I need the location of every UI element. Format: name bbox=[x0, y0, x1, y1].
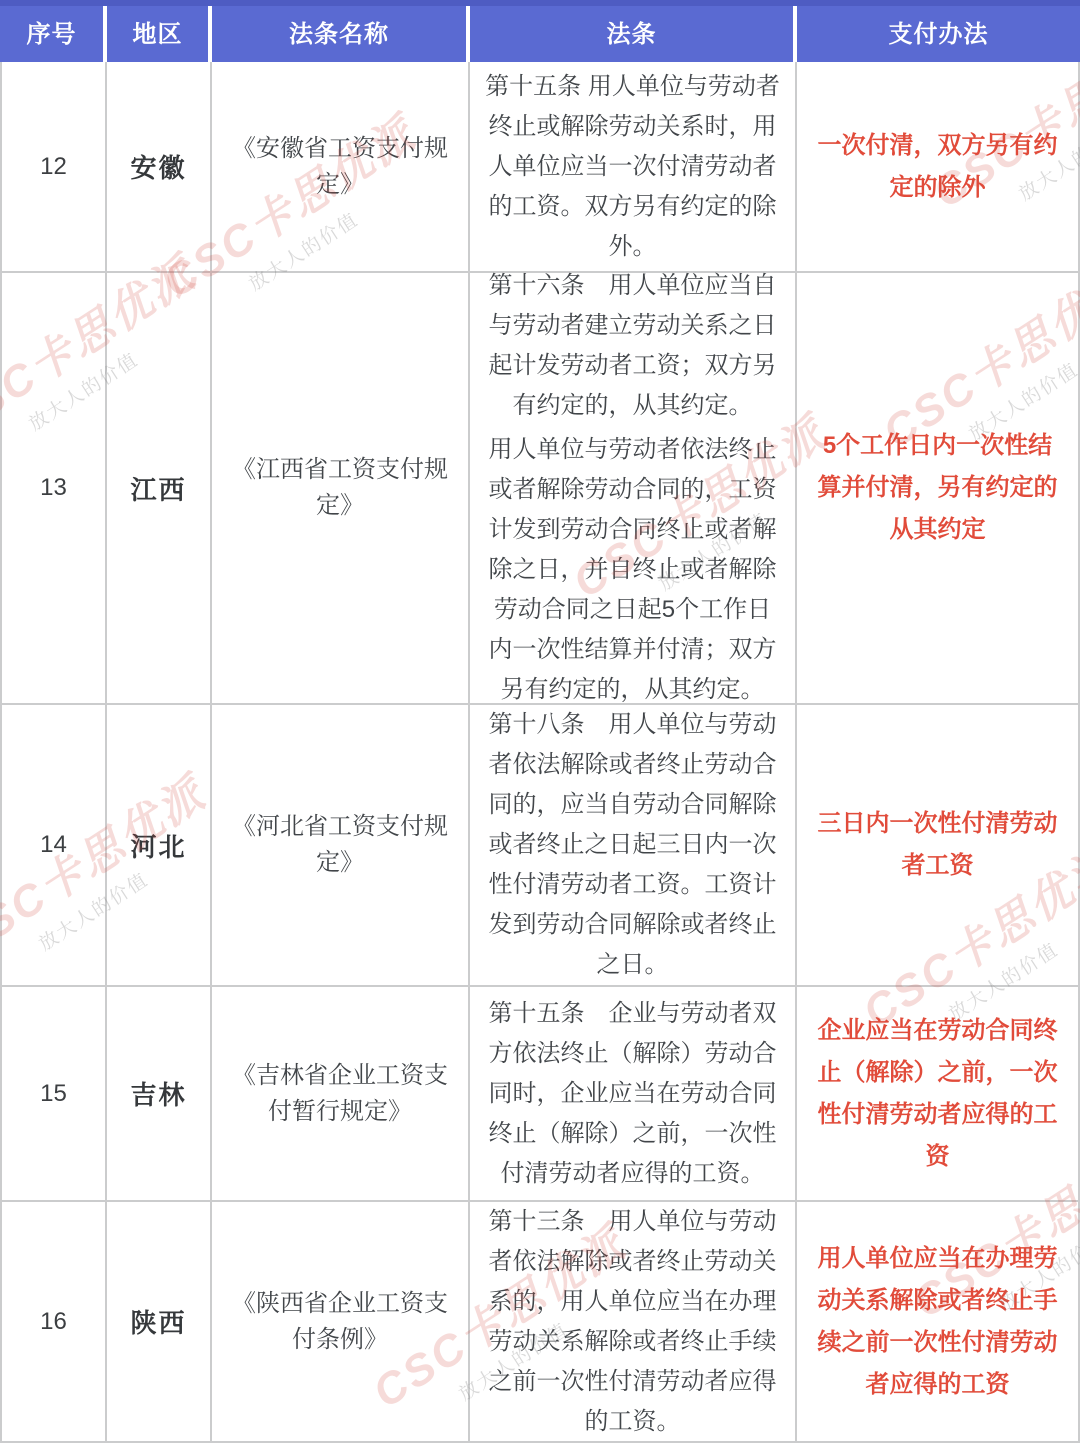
row-no: 12 bbox=[0, 62, 107, 273]
payment-cell: 5个工作日内一次性结算并付清，另有约定的从其约定 bbox=[797, 273, 1080, 705]
row-no: 15 bbox=[0, 987, 107, 1202]
region-cell: 吉林 bbox=[107, 987, 212, 1202]
row-no: 14 bbox=[0, 705, 107, 987]
law-name-cell: 《吉林省企业工资支付暂行规定》 bbox=[212, 987, 470, 1202]
header-region: 地区 bbox=[107, 0, 212, 62]
law-name-cell: 《江西省工资支付规定》 bbox=[212, 273, 470, 705]
law-text-cell: 第十五条 企业与劳动者双方依法终止（解除）劳动合同时，企业应当在劳动合同终止（解… bbox=[470, 987, 797, 1202]
law-text-cell: 第十六条 用人单位应当自与劳动者建立劳动关系之日起计发劳动者工资；双方另有约定的… bbox=[470, 273, 797, 705]
header-no: 序号 bbox=[0, 0, 107, 62]
law-text-cell: 第十八条 用人单位与劳动者依法解除或者终止劳动合同的，应当自劳动合同解除或者终止… bbox=[470, 705, 797, 987]
row-no: 13 bbox=[0, 273, 107, 705]
law-name-cell: 《陕西省企业工资支付条例》 bbox=[212, 1202, 470, 1443]
law-name-cell: 《河北省工资支付规定》 bbox=[212, 705, 470, 987]
header-payment: 支付办法 bbox=[797, 0, 1080, 62]
law-paragraph: 第十五条 企业与劳动者双方依法终止（解除）劳动合同时，企业应当在劳动合同终止（解… bbox=[483, 994, 782, 1194]
region-cell: 江西 bbox=[107, 273, 212, 705]
row-no: 16 bbox=[0, 1202, 107, 1443]
region-cell: 河北 bbox=[107, 705, 212, 987]
law-paragraph: 用人单位与劳动者依法终止或者解除劳动合同的，工资计发到劳动合同终止或者解除之日，… bbox=[483, 430, 782, 710]
payment-cell: 一次付清，双方另有约定的除外 bbox=[797, 62, 1080, 273]
payment-cell: 企业应当在劳动合同终止（解除）之前，一次性付清劳动者应得的工资 bbox=[797, 987, 1080, 1202]
regulations-table: 序号 地区 法条名称 法条 支付办法 12 安徽 《安徽省工资支付规定》 第十五… bbox=[0, 0, 1080, 1443]
region-cell: 陕西 bbox=[107, 1202, 212, 1443]
law-text-cell: 第十五条 用人单位与劳动者终止或解除劳动关系时，用人单位应当一次付清劳动者的工资… bbox=[470, 62, 797, 273]
payment-cell: 三日内一次性付清劳动者工资 bbox=[797, 705, 1080, 987]
payment-cell: 用人单位应当在办理劳动关系解除或者终止手续之前一次性付清劳动者应得的工资 bbox=[797, 1202, 1080, 1443]
law-paragraph: 第十五条 用人单位与劳动者终止或解除劳动关系时，用人单位应当一次付清劳动者的工资… bbox=[483, 67, 782, 267]
header-top-strip bbox=[0, 0, 1080, 6]
law-paragraph: 第十八条 用人单位与劳动者依法解除或者终止劳动合同的，应当自劳动合同解除或者终止… bbox=[483, 705, 782, 985]
header-law-text: 法条 bbox=[470, 0, 797, 62]
header-law-name: 法条名称 bbox=[212, 0, 470, 62]
region-cell: 安徽 bbox=[107, 62, 212, 273]
law-paragraph: 第十三条 用人单位与劳动者依法解除或者终止劳动关系的，用人单位应当在办理劳动关系… bbox=[483, 1202, 782, 1442]
law-name-cell: 《安徽省工资支付规定》 bbox=[212, 62, 470, 273]
law-paragraph: 第十六条 用人单位应当自与劳动者建立劳动关系之日起计发劳动者工资；双方另有约定的… bbox=[483, 266, 782, 426]
page: 序号 地区 法条名称 法条 支付办法 12 安徽 《安徽省工资支付规定》 第十五… bbox=[0, 0, 1080, 1443]
law-text-cell: 第十三条 用人单位与劳动者依法解除或者终止劳动关系的，用人单位应当在办理劳动关系… bbox=[470, 1202, 797, 1443]
